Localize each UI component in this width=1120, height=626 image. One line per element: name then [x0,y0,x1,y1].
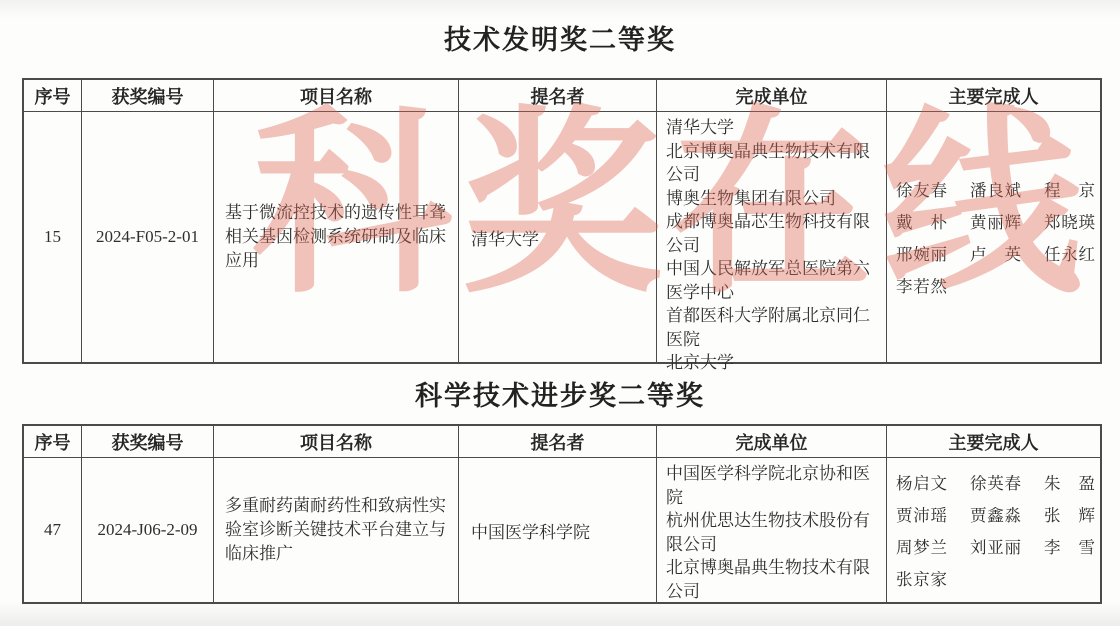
header-nominator: 提名者 [459,426,657,458]
contributor-name: 杨启文 [896,470,947,494]
contributor-name: 李若然 [896,273,947,297]
contributor-name: 刘亚丽 [970,534,1021,558]
header-project-name: 项目名称 [214,80,459,112]
header-serial: 序号 [24,80,82,112]
header-serial: 序号 [24,426,82,458]
completing-unit: 中国人民解放军总医院第六医学中心 [666,257,877,304]
contributor-name: 黄丽辉 [970,209,1021,233]
header-award-number: 获奖编号 [82,80,214,112]
contributor-name: 戴朴 [896,209,947,233]
award-title-invention: 技术发明奖二等奖 [0,18,1120,57]
contributors-list: 徐友春潘良斌程京戴朴黄丽辉郑晓瑛邢婉丽卢英任永红李若然 [896,177,1095,297]
completing-unit: 博奥生物集团有限公司 [666,187,877,211]
invention-award-table: 序号 获奖编号 项目名称 提名者 完成单位 主要完成人 15 2024-F05-… [22,78,1102,364]
completing-unit: 北京博奥晶典生物技术有限公司 [666,140,877,187]
contributor-name: 邢婉丽 [896,241,947,265]
completing-unit: 清华大学 [666,116,877,140]
header-completing-units: 完成单位 [657,80,887,112]
award-number-cell: 2024-J06-2-09 [82,458,214,602]
header-main-contributors: 主要完成人 [887,426,1100,458]
contributor-name: 任永红 [1044,241,1095,265]
contributors-list: 杨启文徐英春朱盈贾沛瑶贾鑫淼张辉周梦兰刘亚丽李雪张京家 [896,470,1095,590]
contributor-name: 潘良斌 [970,177,1021,201]
contributor-name: 李雪 [1044,534,1095,558]
contributor-name: 张辉 [1044,502,1095,526]
award-number-cell: 2024-F05-2-01 [82,112,214,362]
contributor-name: 徐英春 [970,470,1021,494]
contributor-name: 郑晓瑛 [1044,209,1095,233]
completing-unit: 首都医科大学附属北京同仁医院 [666,304,877,351]
main-contributors-cell: 杨启文徐英春朱盈贾沛瑶贾鑫淼张辉周梦兰刘亚丽李雪张京家 [887,458,1100,602]
award-title-progress: 科学技术进步奖二等奖 [0,374,1120,413]
header-completing-units: 完成单位 [657,426,887,458]
contributor-name: 贾鑫淼 [970,502,1021,526]
main-contributors-cell: 徐友春潘良斌程京戴朴黄丽辉郑晓瑛邢婉丽卢英任永红李若然 [887,112,1100,362]
contributor-name: 程京 [1044,177,1095,201]
completing-unit: 北京大学 [666,351,877,375]
contributor-name: 贾沛瑶 [896,502,947,526]
project-name-cell: 基于微流控技术的遗传性耳聋相关基因检测系统研制及临床应用 [214,112,459,362]
header-award-number: 获奖编号 [82,426,214,458]
header-main-contributors: 主要完成人 [887,80,1100,112]
completing-unit: 北京博奥晶典生物技术有限公司 [666,556,877,603]
completing-unit: 中国医学科学院北京协和医院 [666,462,877,509]
contributor-name: 张京家 [896,566,947,590]
completing-unit: 成都博奥晶芯生物科技有限公司 [666,210,877,257]
serial-cell: 47 [24,458,82,602]
project-name-text: 基于微流控技术的遗传性耳聋相关基因检测系统研制及临床应用 [225,201,447,273]
nominator-cell: 中国医学科学院 [459,458,657,602]
header-project-name: 项目名称 [214,426,459,458]
contributor-name: 周梦兰 [896,534,947,558]
contributor-name: 徐友春 [896,177,947,201]
serial-cell: 15 [24,112,82,362]
contributor-name: 朱盈 [1044,470,1095,494]
nominator-cell: 清华大学 [459,112,657,362]
completing-unit: 杭州优思达生物技术股份有限公司 [666,509,877,556]
contributor-name: 卢英 [970,241,1021,265]
completing-units-cell: 清华大学北京博奥晶典生物技术有限公司博奥生物集团有限公司成都博奥晶芯生物科技有限… [657,112,887,362]
project-name-cell: 多重耐药菌耐药性和致病性实验室诊断关键技术平台建立与临床推广 [214,458,459,602]
project-name-text: 多重耐药菌耐药性和致病性实验室诊断关键技术平台建立与临床推广 [225,494,447,566]
header-nominator: 提名者 [459,80,657,112]
progress-award-table: 序号 获奖编号 项目名称 提名者 完成单位 主要完成人 47 2024-J06-… [22,424,1102,604]
completing-units-cell: 中国医学科学院北京协和医院杭州优思达生物技术股份有限公司北京博奥晶典生物技术有限… [657,458,887,602]
